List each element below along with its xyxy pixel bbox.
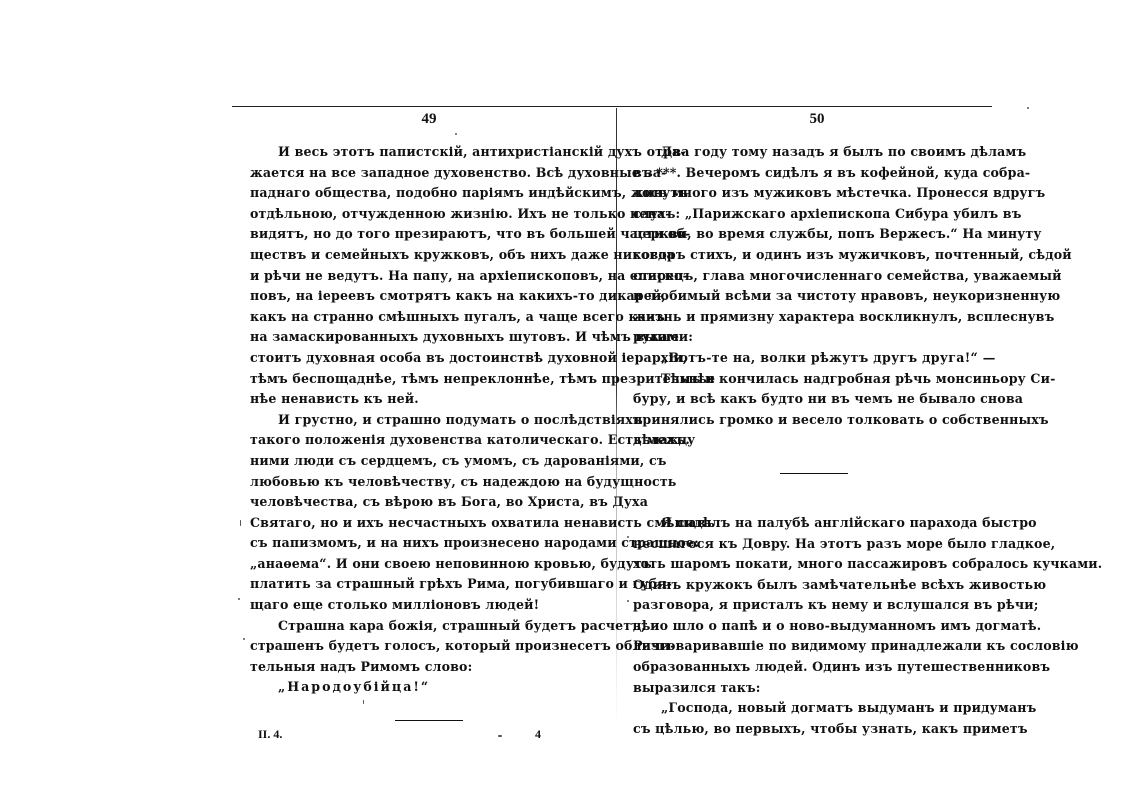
- text-line: дѣлахъ.: [633, 430, 1001, 451]
- text-line: выразился такъ:: [633, 678, 1001, 699]
- text-line: ществъ и семейныхъ кружковъ, объ нихъ да…: [250, 245, 608, 266]
- text-line: разговора, я присталъ къ нему и вслушалс…: [633, 595, 1001, 616]
- text-line: И грустно, и страшно подумать о послѣдст…: [250, 410, 608, 431]
- text-line: Разговаривавшіе по видимому принадлежали…: [633, 636, 1001, 657]
- scan-speck: [455, 133, 457, 135]
- text-line: буру, и всѣ какъ будто ни въ чемъ не быв…: [633, 389, 1001, 410]
- text-line: ними люди съ сердцемъ, съ умомъ, съ даро…: [250, 451, 608, 472]
- text-line: „анаѳема“. И они своею неповинною кровью…: [250, 554, 608, 575]
- scan-speck: [240, 520, 241, 526]
- text-line: какъ на странно смѣшныхъ пугалъ, а чаще …: [250, 307, 608, 328]
- text-line: паднаго общества, подобно паріямъ индѣйс…: [250, 183, 608, 204]
- text-line: И весь этотъ папистскій, антихристіанскі…: [250, 142, 608, 163]
- quote-line: „Народоубійца!“: [250, 677, 608, 698]
- scan-speck: [363, 700, 364, 704]
- page-number: 49: [250, 108, 608, 130]
- text-line: церкви, во время службы, попъ Вержесъ.“ …: [633, 224, 1001, 245]
- quote-line: „Вотъ-те на, волки рѣжутъ другъ друга!“ …: [633, 348, 1001, 369]
- text-line: Два году тому назадъ я былъ по своимъ дѣ…: [633, 142, 1001, 163]
- text-line: щаго еще столько милліоновъ людей!: [250, 595, 608, 616]
- text-line: на замаскированныхъ духовныхъ шутовъ. И …: [250, 327, 608, 348]
- scan-speck: [498, 735, 502, 737]
- header-rule: [232, 106, 992, 107]
- text-line: лось много изъ мужиковъ мѣстечка. Пронес…: [633, 183, 1001, 204]
- section-divider: [395, 720, 463, 721]
- signature-mark: II. 4.: [258, 727, 282, 742]
- paragraph: „Господа, новый догматъ выдуманъ и приду…: [633, 698, 1001, 739]
- paragraph: И весь этотъ папистскій, антихристіанскі…: [250, 142, 608, 410]
- text-line: нѣе ненависть къ ней.: [250, 389, 608, 410]
- text-line: Одинъ кружокъ былъ замѣчательнѣе всѣхъ ж…: [633, 575, 1001, 596]
- text-line: жизнь и прямизну характера воскликнулъ, …: [633, 307, 1001, 328]
- scan-speck: [1027, 107, 1029, 109]
- paragraph: Тѣмъ и кончилась надгробная рѣчь монсинь…: [633, 369, 1001, 451]
- page-number: 50: [633, 108, 1001, 130]
- text-line: хоть шаромъ покати, много пассажировъ со…: [633, 554, 1001, 575]
- right-page: 50 Два году тому назадъ я былъ по своимъ…: [633, 108, 1001, 739]
- text-line: слухъ: „Парижскаго архіепископа Сибура у…: [633, 204, 1001, 225]
- scan-speck: [627, 600, 629, 602]
- text-line: Страшна кара божія, страшный будетъ расч…: [250, 616, 608, 637]
- text-line: Я сидѣлъ на палубѣ англійскаго парахода …: [633, 513, 1001, 534]
- text-line: „Господа, новый догматъ выдуманъ и приду…: [633, 698, 1001, 719]
- section-divider: [780, 473, 848, 474]
- text-line: страшенъ будетъ голосъ, который произнес…: [250, 636, 608, 657]
- text-line: съ цѣлью, во первыхъ, чтобы узнать, какъ…: [633, 719, 1001, 740]
- text-line: тельныя надъ Римомъ слово:: [250, 657, 608, 678]
- scan-speck: [627, 536, 629, 538]
- text-line: несшагося къ Доврy. На этотъ разъ море б…: [633, 534, 1001, 555]
- paragraph: Страшна кара божія, страшный будетъ расч…: [250, 616, 608, 678]
- text-line: дѣло шло о папѣ и о ново-выдуманномъ имъ…: [633, 616, 1001, 637]
- text-line: жается на все западное духовенство. Всѣ …: [250, 163, 608, 184]
- text-line: человѣчества, съ вѣрою въ Бога, во Христ…: [250, 492, 608, 513]
- text-line: съ папизмомъ, и на нихъ произнесено наро…: [250, 533, 608, 554]
- text-line: руками:: [633, 327, 1001, 348]
- text-line: повъ, на іереевъ смотрятъ какъ на какихъ…: [250, 286, 608, 307]
- text-line: любовью къ человѣчеству, съ надеждою на …: [250, 472, 608, 493]
- text-line: старецъ, глава многочисленнаго семейства…: [633, 266, 1001, 287]
- text-line: принялись громко и весело толковать о со…: [633, 410, 1001, 431]
- scan-speck: [238, 598, 240, 600]
- text-line: стоитъ духовная особа въ достоинствѣ дух…: [250, 348, 608, 369]
- text-line: говоръ стихъ, и одинъ изъ мужичковъ, поч…: [633, 245, 1001, 266]
- text-line: платить за страшный грѣхъ Рима, погубивш…: [250, 574, 608, 595]
- text-line: въ ***. Вечеромъ сидѣлъ я въ кофейной, к…: [633, 163, 1001, 184]
- text-line: и рѣчи не ведутъ. На папу, на архіеписко…: [250, 266, 608, 287]
- left-page-body: И весь этотъ папистскій, антихристіанскі…: [250, 142, 608, 721]
- text-line: тѣмъ беспощаднѣе, тѣмъ непреклоннѣе, тѣм…: [250, 369, 608, 390]
- paragraph: Два году тому назадъ я былъ по своимъ дѣ…: [633, 142, 1001, 348]
- text-line: и любимый всѣми за чистоту нравовъ, неук…: [633, 286, 1001, 307]
- text-line: отдѣльною, отчужденною жизнію. Ихъ не то…: [250, 204, 608, 225]
- text-line: такого положенія духовенства католическа…: [250, 430, 608, 451]
- text-line: Святаго, но и ихъ несчастныхъ охватила н…: [250, 513, 608, 534]
- paragraph: Я сидѣлъ на палубѣ англійскаго парахода …: [633, 513, 1001, 698]
- footer-number: 4: [535, 727, 541, 742]
- text-line: видятъ, но до того презираютъ, что въ бо…: [250, 224, 608, 245]
- text-line: Тѣмъ и кончилась надгробная рѣчь монсинь…: [633, 369, 1001, 390]
- right-page-body: Два году тому назадъ я былъ по своимъ дѣ…: [633, 142, 1001, 739]
- text-line: образованныхъ людей. Одинъ изъ путешеств…: [633, 657, 1001, 678]
- scan-speck: [243, 638, 245, 640]
- left-page: 49 И весь этотъ папистскій, антихристіан…: [250, 108, 608, 721]
- paragraph: И грустно, и страшно подумать о послѣдст…: [250, 410, 608, 616]
